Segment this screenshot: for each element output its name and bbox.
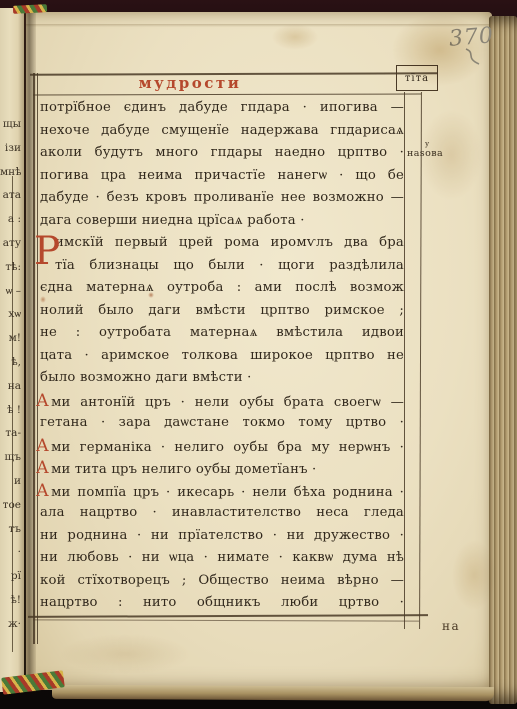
line-text: єдна матернаѧ оутроба : ами послѣ возмож	[40, 280, 404, 295]
running-title: мудрости	[120, 74, 260, 92]
manuscript-line: єдна матернаѧ оутроба : ами послѣ возмож	[40, 277, 404, 300]
manuscript-line: погива цра неима причастїе нанегѡ · що б…	[40, 165, 404, 188]
line-text: ми антонїй цръ · нели оубы брата своегѡ …	[51, 395, 404, 410]
line-text: ни роднина · ни прїателство · ни дружест…	[40, 528, 404, 543]
frame-rule-left-outer	[33, 73, 35, 644]
text-block: Р потрїбное єдинъ дабуде гпдара · ипогив…	[40, 97, 404, 615]
quire-signature: на	[442, 619, 460, 633]
frame-rule-right-inner	[404, 92, 405, 629]
line-text: нолий было даги вмѣсти црптво римское ;	[40, 303, 404, 318]
line-text: ми тита цръ нелиго оубы дометїанъ ·	[51, 462, 316, 477]
manuscript-line: Ами помпїа цръ · икесарь · нели бѣха род…	[40, 480, 404, 503]
frame-rule-left-inner	[37, 73, 38, 644]
line-text: погива цра неима причастїе нанегѡ · що б…	[40, 168, 404, 183]
line-text: было возможно даги вмѣсти ·	[40, 370, 252, 385]
line-text: аколи будутъ много гпдары наедно црптво …	[40, 145, 404, 160]
manuscript-line: потрїбное єдинъ дабуде гпдара · ипогива …	[40, 97, 404, 120]
line-text: дага соверши ниедна црїсаѧ работа ·	[40, 213, 305, 228]
margin-note-superscript: у	[425, 140, 429, 148]
rubric-initial: А	[36, 481, 49, 501]
manuscript-line: дабуде · безъ кровъ проливанїе нее возмо…	[40, 187, 404, 210]
manuscript-line: гетана · зара даѡстане токмо тому цртво …	[40, 412, 404, 435]
rubric-initial: А	[36, 458, 49, 478]
manuscript-line: нехоче дабуде смущенїе надержава гпдарис…	[40, 120, 404, 143]
line-text: тїа близнацы що были · щоги раздѣлила	[55, 258, 404, 273]
manuscript-line: ни любовь · ни ѡца · нимате · каквѡ дума…	[40, 547, 404, 570]
manuscript-line: Ами германіка · нелиго оубы бра му нерѡн…	[40, 435, 404, 458]
bottom-page-edges	[52, 685, 494, 701]
page-top-crease	[26, 24, 492, 27]
line-text: цата · аримское толкова широкое црптво н…	[40, 348, 404, 363]
rubric-initial: А	[36, 436, 49, 456]
line-text: кой стїхотворецъ ; Общество неима вѣрно …	[40, 573, 404, 588]
manuscript-line: имскїй первый црей рома иромѵлъ два бра	[40, 232, 404, 255]
corner-tab: тїта	[396, 65, 438, 91]
manuscript-line: ала нацртво · инавластителство неса глед…	[40, 502, 404, 525]
manuscript-line: тїа близнацы що были · щоги раздѣлила	[40, 255, 404, 278]
line-text: гетана · зара даѡстане токмо тому цртво …	[40, 415, 404, 430]
manuscript-line: Ами антонїй цръ · нели оубы брата своегѡ…	[40, 390, 404, 413]
manuscript-line: нолий было даги вмѣсти црптво римское ;	[40, 300, 404, 323]
manuscript-line: было возможно даги вмѣсти ·	[40, 367, 404, 390]
corner-tab-label: тїта	[405, 73, 429, 84]
line-text: потрїбное єдинъ дабуде гпдара · ипогива …	[40, 100, 404, 115]
manuscript-line: цата · аримское толкова широкое црптво н…	[40, 345, 404, 368]
line-text: имскїй первый црей рома иромѵлъ два бра	[55, 235, 404, 250]
rubric-initial: А	[36, 391, 49, 411]
manuscript-line: кой стїхотворецъ ; Общество неима вѣрно …	[40, 570, 404, 593]
margin-note: наѕова	[407, 148, 443, 159]
line-text: ми германіка · нелиго оубы бра му нерѡнъ…	[51, 440, 404, 455]
line-text: дабуде · безъ кровъ проливанїе нее возмо…	[40, 190, 404, 205]
manuscript-line: не : оутробата матернаѧ вмѣстила идвои	[40, 322, 404, 345]
line-text: ми помпїа цръ · икесарь · нели бѣха родн…	[51, 485, 404, 500]
pencil-flourish-icon	[463, 47, 483, 67]
line-text: ни любовь · ни ѡца · нимате · каквѡ дума…	[40, 550, 404, 565]
line-text: нацртво : нито общникъ люби цртво ·	[40, 595, 404, 610]
line-text: нехоче дабуде смущенїе надержава гпдарис…	[40, 123, 404, 138]
manuscript-line: дага соверши ниедна црїсаѧ работа ·	[40, 210, 404, 233]
manuscript-line: Ами тита цръ нелиго оубы дометїанъ ·	[40, 457, 404, 480]
manuscript-photo: щыізимнѣатаа :атутѣ:ѡ –хѡм!ѣ,наѣ !та-щъи…	[0, 0, 517, 709]
drop-cap-initial: Р	[34, 232, 60, 271]
manuscript-line: нацртво : нито общникъ люби цртво ·	[40, 592, 404, 615]
fore-edge-page-stack	[489, 16, 517, 704]
line-text: не : оутробата матернаѧ вмѣстила идвои	[40, 325, 404, 340]
manuscript-line: ни роднина · ни прїателство · ни дружест…	[40, 525, 404, 548]
manuscript-line: аколи будутъ много гпдары наедно црптво …	[40, 142, 404, 165]
line-text: ала нацртво · инавластителство неса глед…	[40, 505, 404, 520]
